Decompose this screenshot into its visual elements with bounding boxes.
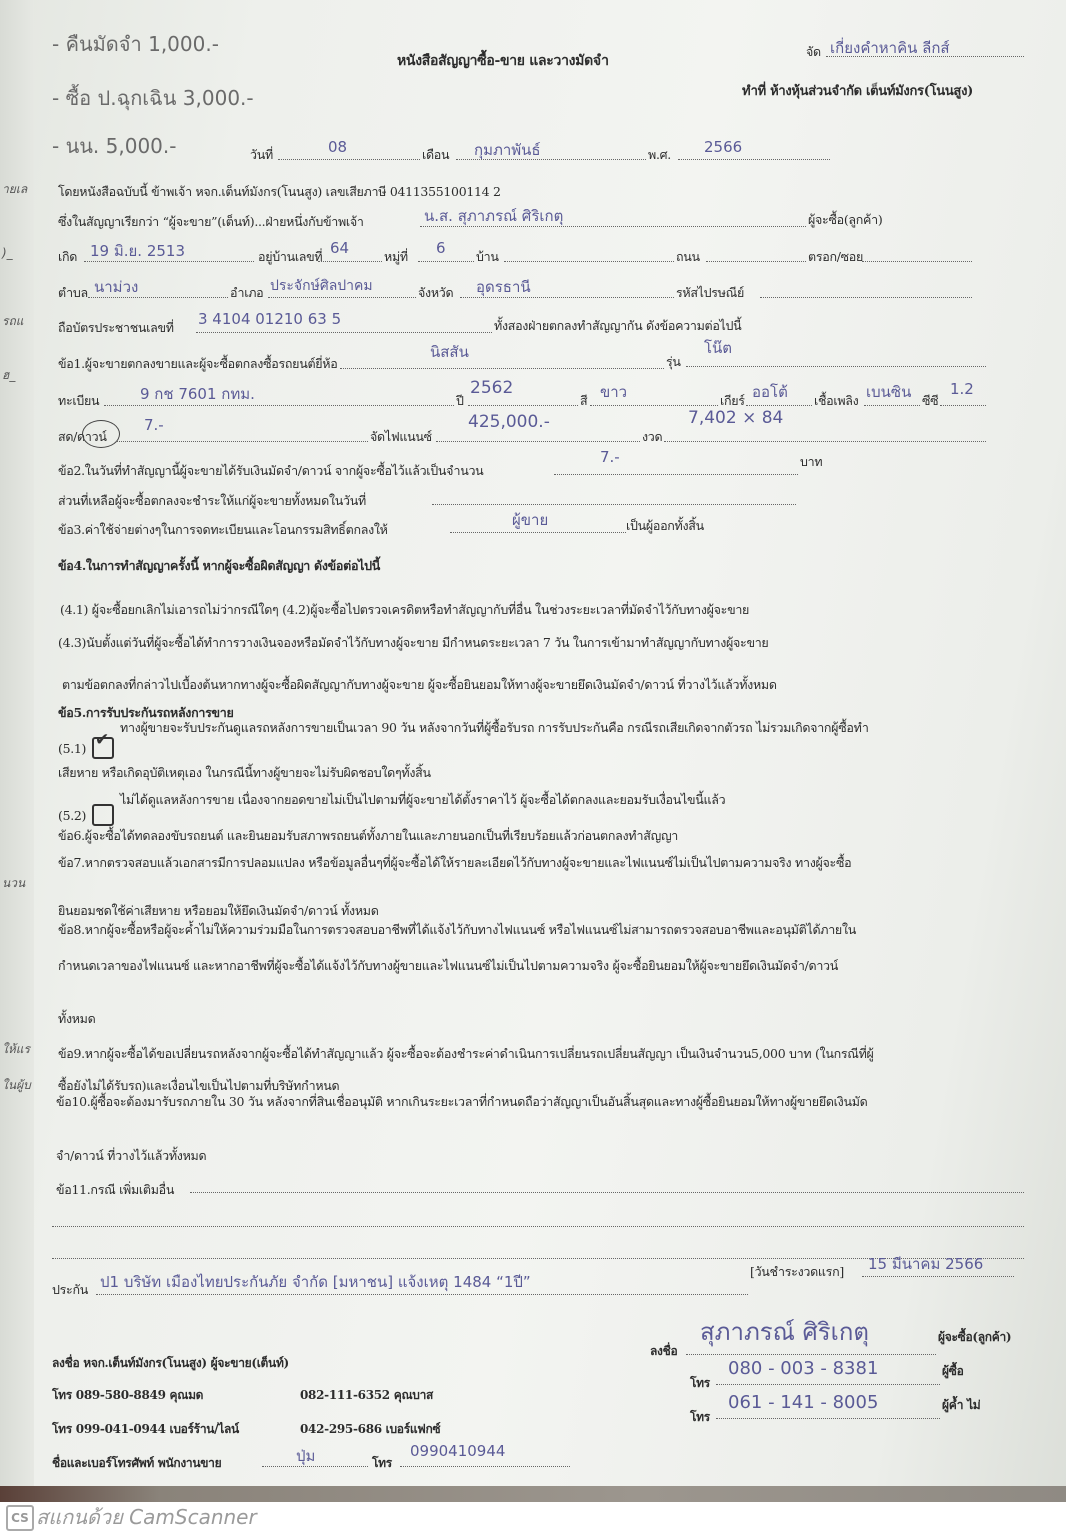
clause-7: ข้อ7.หากตรวจสอบแล้วเอกสารมีการปลอมแปลง ห…: [58, 853, 851, 873]
installment-label: งวด: [642, 427, 662, 447]
subdistrict-field[interactable]: นาม่วง: [94, 275, 138, 299]
postal-label: รหัสไปรษณีย์: [676, 283, 744, 303]
checkmark-icon: ✔: [95, 730, 109, 750]
plate-field[interactable]: 9 กช 7601 กทม.: [140, 382, 255, 406]
margin-fragment: ายเล: [2, 180, 27, 199]
plate-label: ทะเบียน: [58, 391, 99, 411]
seller-fax: 042-295-686 เบอร์แฟกซ์: [300, 1420, 440, 1439]
page-edge: [0, 0, 34, 1500]
clause-5-1: ทางผู้ขายจะรับประกันดูแลรถหลังการขายเป็น…: [120, 718, 869, 738]
clause-4-3: (4.3)นับตั้งแต่วันที่ผู้จะซื้อได้ทำการวา…: [58, 633, 768, 653]
deposit-amount-field[interactable]: 7.-: [600, 448, 620, 466]
intro-text: โดยหนังสือฉบับนี้ ข้าพเจ้า หจก.เต็นท์มัง…: [58, 182, 501, 202]
clause-3: ข้อ3.ค่าใช้จ่ายต่างๆในการจดทะเบียนและโอน…: [58, 520, 388, 540]
buyer-phone-field[interactable]: 080 - 003 - 8381: [728, 1358, 878, 1379]
moo-field[interactable]: 6: [436, 239, 446, 257]
guarantor-phone-label: โทร: [690, 1408, 710, 1427]
road-field[interactable]: [706, 261, 806, 262]
watermark-text: สแกนด้วย CamScanner: [36, 1501, 257, 1533]
clause-10: ข้อ10.ผู้ซื้อจะต้องมารับรถภายใน 30 วัน ห…: [56, 1092, 867, 1112]
buyer-sign-label: ลงชื่อ: [650, 1342, 677, 1361]
contract-location: ทำที่ ห้างหุ้นส่วนจำกัด เต็นท์มังกร(โนนส…: [742, 80, 973, 101]
postal-field[interactable]: [760, 297, 972, 298]
remaining-date-field[interactable]: [432, 504, 796, 505]
transfer-fee-payer-field[interactable]: ผู้ขาย: [512, 508, 548, 532]
insurance-label: ประกัน: [52, 1280, 88, 1300]
month-field[interactable]: กุมภาพันธ์: [474, 138, 541, 162]
village-label: บ้าน: [476, 247, 499, 267]
margin-fragment: นวน: [2, 874, 25, 893]
guarantor-phone-field[interactable]: 061 - 141 - 8005: [728, 1392, 878, 1413]
year-model-label: ปี: [456, 391, 464, 411]
clause-5-2-label: (5.2): [58, 808, 86, 823]
clause-4-4: ตามข้อตกลงที่กล่าวไปเบื้องต้นหากทางผู้จะ…: [62, 675, 777, 695]
clause-8-end: ทั้งหมด: [58, 1009, 95, 1029]
salesperson-phone-field[interactable]: 0990410944: [410, 1442, 505, 1460]
brand-field[interactable]: นิสสัน: [430, 340, 469, 364]
year-label: พ.ศ.: [648, 145, 671, 165]
clause-5-2: ไม่ได้ดูแลหลังการขาย เนื่องจากยอดขายไม่เ…: [120, 790, 725, 810]
seller-line: ซึ่งในสัญญาเรียกว่า “ผู้จะขาย”(เต็นท์)..…: [58, 212, 364, 232]
clause-6: ข้อ6.ผู้จะซื้อได้ทดลองขับรถยนต์ และยินยอ…: [58, 826, 678, 846]
clause-9: ข้อ9.หากผู้จะซื้อได้ขอเปลี่ยนรถหลังจากผู…: [58, 1044, 874, 1064]
page-title: หนังสือสัญญาซื้อ-ขาย และวางมัดจำ: [397, 50, 609, 72]
province-field[interactable]: อุดรธานี: [476, 275, 531, 299]
branch-label: จัด: [806, 42, 821, 62]
moo-label: หมู่ที่: [384, 247, 408, 267]
born-field[interactable]: 19 มิ.ย. 2513: [90, 239, 185, 263]
scan-background: [0, 1486, 1066, 1502]
year-field[interactable]: 2566: [704, 138, 742, 156]
clause-2-remaining: ส่วนที่เหลือผู้จะซื้อตกลงจะชำระให้แก่ผู้…: [58, 491, 366, 511]
cash-down-field[interactable]: 7.-: [144, 416, 164, 434]
buyer-phone-label: โทร: [690, 1374, 710, 1393]
clause-1-label: ข้อ1.ผู้จะขายตกลงขายและผู้จะซื้อตกลงซื้อ…: [58, 354, 337, 374]
clause-10-cont: จำ/ดาวน์ ที่วางไว้แล้วทั้งหมด: [56, 1146, 206, 1166]
margin-fragment: )_: [2, 246, 13, 260]
note-insurance: - ซื้อ ป.ฉุกเฉิน 3,000.-: [52, 82, 254, 114]
clause-11: ข้อ11.กรณี เพิ่มเติมอื่น: [56, 1180, 174, 1200]
guarantor-phone-role: ผู้ค้ำ ไม่: [942, 1396, 980, 1415]
salesperson-phone-label: โทร: [372, 1454, 392, 1473]
fuel-field[interactable]: เบนซิน: [866, 380, 911, 404]
road-label: ถนน: [676, 247, 700, 267]
province-label: จังหวัด: [418, 283, 453, 303]
year-model-field[interactable]: 2562: [470, 378, 513, 398]
buyer-signature[interactable]: สุภาภรณ์ ศิริเกตุ: [700, 1312, 869, 1351]
first-payment-label: [วันชำระงวดแรก]: [750, 1262, 844, 1282]
clause-3-end: เป็นผู้ออกทั้งสิ้น: [626, 516, 704, 536]
agree-text: ทั้งสองฝ่ายตกลงทำสัญญากัน ดังข้อความต่อไ…: [494, 316, 741, 336]
clause-4: ข้อ4.ในการทำสัญญาครั้งนี้ หากผู้จะซื้อผิ…: [58, 556, 380, 576]
soi-field[interactable]: [862, 261, 972, 262]
buyer-sign-role: ผู้จะซื้อ(ลูกค้า): [938, 1328, 1011, 1347]
clause-7-cont: ยินยอมชดใช้ค่าเสียหาย หรือยอมให้ยึดเงินม…: [58, 901, 379, 921]
soi-label: ตรอก/ซอย: [808, 247, 863, 267]
cc-label: ซีซี: [922, 391, 938, 411]
gear-field[interactable]: ออโต้: [752, 380, 788, 404]
first-payment-field[interactable]: 15 มีนาคม 2566: [868, 1252, 983, 1276]
no-warranty-checkbox[interactable]: [92, 804, 114, 826]
margin-fragment: ให้แร: [2, 1040, 30, 1059]
additional-terms-field[interactable]: [190, 1192, 1024, 1193]
buyer-phone-role: ผู้ซื้อ: [942, 1362, 963, 1381]
district-field[interactable]: ประจักษ์ศิลปาคม: [270, 275, 373, 297]
district-label: อำเภอ: [230, 283, 263, 303]
down-circle-mark: [82, 420, 120, 448]
cc-field[interactable]: 1.2: [950, 380, 974, 398]
seller-phone-1: โทร 089-580-8849 คุณมด: [52, 1386, 203, 1405]
color-field[interactable]: ขาว: [600, 380, 627, 404]
note-deposit: - คืนมัดจำ 1,000.-: [52, 28, 219, 60]
clause-5-1-label: (5.1): [58, 741, 86, 756]
month-label: เดือน: [422, 145, 449, 165]
insurance-field[interactable]: ป1 บริษัท เมืองไทยประกันภัย จำกัด [มหาชน…: [100, 1270, 531, 1294]
finance-field[interactable]: 425,000.-: [468, 412, 550, 432]
model-field[interactable]: โน๊ต: [704, 336, 732, 360]
buyer-name-field[interactable]: น.ส. สุภาภรณ์ ศิริเกตุ: [424, 204, 563, 228]
day-label: วันที่: [250, 145, 273, 165]
note-other: - นน. 5,000.-: [52, 130, 176, 162]
seller-phone-3: โทร 099-041-0944 เบอร์ร้าน/ไลน์: [52, 1420, 239, 1439]
salesperson-label: ชื่อและเบอร์โทรศัพท์ พนักงานขาย: [52, 1454, 221, 1473]
day-field[interactable]: 08: [328, 138, 347, 156]
seller-phone-2: 082-111-6352 คุณบาส: [300, 1386, 433, 1405]
color-label: สี: [580, 391, 587, 411]
fuel-label: เชื้อเพลิง: [814, 391, 858, 411]
clause-5-1-cont: เสียหาย หรือเกิดอุบัติเหตุเอง ในกรณีนี้ท…: [58, 763, 431, 783]
subdistrict-label: ตำบล: [58, 283, 88, 303]
baht-unit: บาท: [800, 452, 822, 472]
margin-fragment: ฮ_: [2, 366, 15, 385]
margin-fragment: รถแ: [2, 312, 23, 331]
salesperson-name-field[interactable]: ปุ่ม: [296, 1444, 315, 1468]
house-no-label: อยู่บ้านเลขที่: [258, 247, 322, 267]
installment-field[interactable]: 7,402 × 84: [688, 408, 783, 428]
model-label: รุ่น: [666, 352, 681, 372]
born-label: เกิด: [58, 247, 77, 267]
branch-value[interactable]: เกี่ยงคำหาคิน ลีกส์: [830, 36, 950, 60]
clause-2: ข้อ2.ในวันที่ทำสัญญานี้ผู้จะขายได้รับเงิ…: [58, 461, 483, 481]
seller-sign-line: ลงชื่อ หจก.เต็นท์มังกร(โนนสูง) ผู้จะขาย(…: [52, 1354, 289, 1373]
cs-logo-icon: CS: [6, 1505, 34, 1531]
clause-4-1: (4.1) ผู้จะซื้อยกเลิกไม่เอารถไม่ว่ากรณีใ…: [60, 600, 749, 620]
id-field[interactable]: 3 4104 01210 63 5: [198, 310, 341, 328]
finance-label: จัดไฟแนนซ์: [370, 427, 432, 447]
id-label: ถือบัตรประชาชนเลขที่: [58, 318, 174, 338]
clause-8-cont: กำหนดเวลาของไฟแนนซ์ และหากอาชีพที่ผู้จะซ…: [58, 956, 838, 976]
margin-fragment: ในผู้บ: [2, 1076, 31, 1095]
clause-8: ข้อ8.หากผู้จะซื้อหรือผู้จะค้ำไม่ให้ความร…: [58, 920, 856, 940]
village-field[interactable]: [504, 261, 674, 262]
buyer-role: ผู้จะซื้อ(ลูกค้า): [808, 210, 882, 230]
house-no-field[interactable]: 64: [330, 239, 349, 257]
